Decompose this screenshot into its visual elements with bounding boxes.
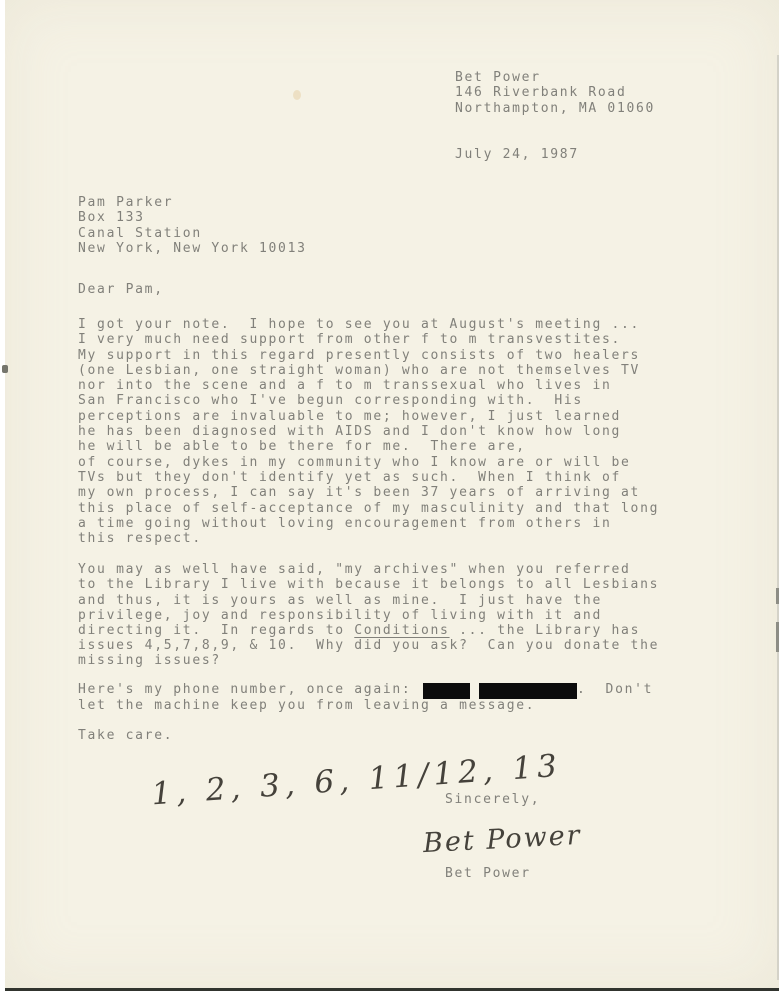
- page-right-edge: [777, 55, 779, 980]
- body-paragraph-2-part2: issues 4,5,7,8,9, & 10. Why did you ask?…: [78, 638, 659, 669]
- underline-line-prefix: directing it. In regards to: [78, 623, 354, 638]
- scan-speck: [2, 365, 8, 373]
- recipient-address: Pam Parker Box 133 Canal Station New Yor…: [78, 195, 307, 256]
- underline-line-suffix: ... the Library has: [450, 623, 641, 638]
- farewell: Take care.: [78, 728, 173, 743]
- letter-sheet: Bet Power 146 Riverbank Road Northampton…: [5, 0, 779, 991]
- body-paragraph-1: I got your note. I hope to see you at Au…: [78, 317, 659, 546]
- scan-edge-mark: [776, 622, 779, 652]
- phone-line-prefix: Here's my phone number, once again:: [78, 682, 421, 697]
- phone-line-2: let the machine keep you from leaving a …: [78, 698, 535, 713]
- phone-line: Here's my phone number, once again: . Do…: [78, 682, 653, 697]
- sender-address: Bet Power 146 Riverbank Road Northampton…: [455, 70, 655, 116]
- salutation: Dear Pam,: [78, 282, 164, 297]
- handwritten-signature: Bet Power: [422, 820, 582, 859]
- redaction-box-area-code: [423, 683, 470, 699]
- scan-speck: [293, 90, 301, 100]
- body-paragraph-2-underline-line: directing it. In regards to Conditions .…: [78, 623, 640, 638]
- phone-line-suffix: . Don't: [577, 682, 653, 697]
- scan-edge-mark: [776, 588, 779, 604]
- redaction-box-phone-number: [479, 683, 577, 699]
- closing: Sincerely,: [445, 792, 540, 807]
- body-paragraph-2-part1: You may as well have said, "my archives"…: [78, 562, 659, 623]
- typed-signature: Bet Power: [445, 866, 531, 881]
- underlined-title-conditions: Conditions: [354, 623, 449, 638]
- date-line: July 24, 1987: [455, 147, 579, 162]
